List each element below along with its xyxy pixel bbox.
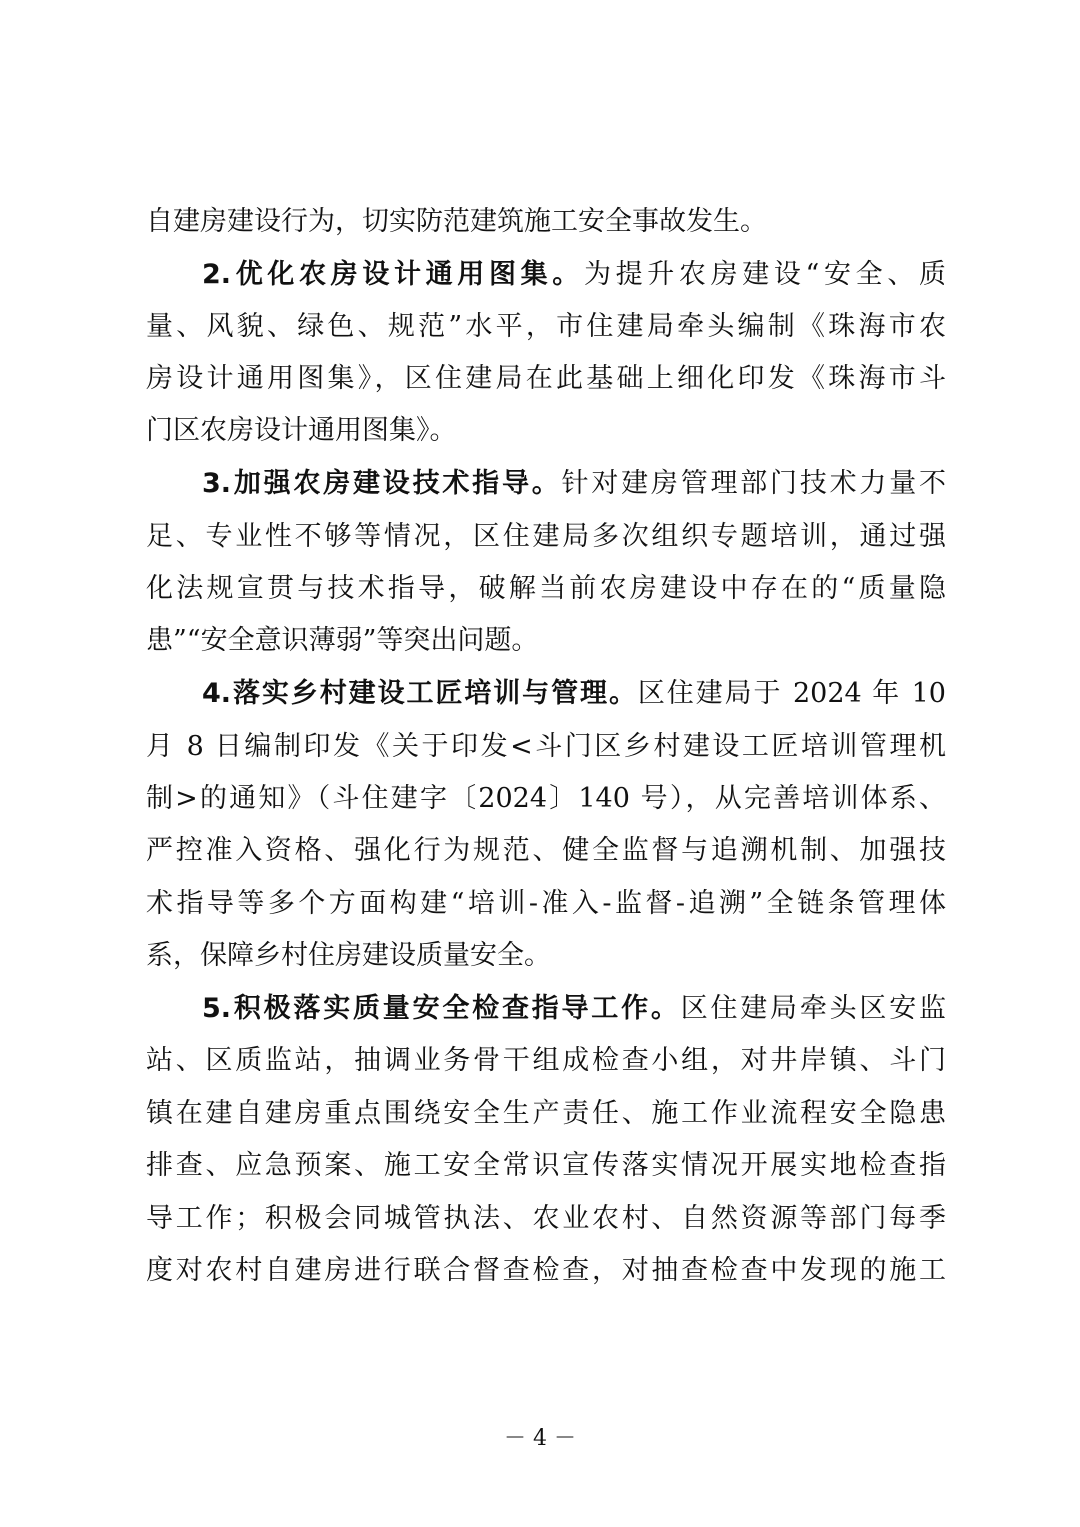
text-line: 制>的通知》（斗住建字〔2024〕140 号），从完善培训体系、 (146, 779, 946, 819)
line-text: 区住建局牵头区安监 (681, 993, 946, 1024)
text-line: 房设计通用图集》，区住建局在此基础上细化印发《珠海市斗 (146, 359, 946, 399)
section-5-title: 5.积极落实质量安全检查指导工作。 (202, 993, 681, 1024)
text-line: 足、专业性不够等情况，区住建局多次组织专题培训，通过强 (146, 517, 946, 557)
line-text: 化法规宣贯与技术指导，破解当前农房建设中存在的“质量隐 (146, 573, 946, 604)
line-text: 制>的通知》（斗住建字〔2024〕140 号），从完善培训体系、 (146, 783, 946, 814)
text-line: 自建房建设行为，切实防范建筑施工安全事故发生。 (146, 202, 946, 242)
line-text: 为提升农房建设“安全、质 (584, 259, 946, 290)
line-text: 针对建房管理部门技术力量不 (562, 468, 946, 499)
line-text: 患”“安全意识薄弱”等突出问题。 (146, 625, 538, 656)
line-text: 站、区质监站，抽调业务骨干组成检查小组，对井岸镇、斗门 (146, 1045, 946, 1076)
line-text: 排查、应急预案、施工安全常识宣传落实情况开展实地检查指 (146, 1150, 946, 1181)
text-line: 导工作；积极会同城管执法、农业农村、自然资源等部门每季 (146, 1199, 946, 1239)
text-line: 术指导等多个方面构建“培训-准入-监督-追溯”全链条管理体 (146, 884, 946, 924)
line-text: 镇在建自建房重点围绕安全生产责任、施工作业流程安全隐患 (146, 1098, 946, 1129)
text-line: 站、区质监站，抽调业务骨干组成检查小组，对井岸镇、斗门 (146, 1041, 946, 1081)
page-number: － 4 － (0, 1424, 1080, 1454)
text-line: 镇在建自建房重点围绕安全生产责任、施工作业流程安全隐患 (146, 1094, 946, 1134)
section-4-title: 4.落实乡村建设工匠培训与管理。 (202, 678, 638, 709)
line-text: 自建房建设行为，切实防范建筑施工安全事故发生。 (146, 206, 767, 237)
section-5-heading-line: 5.积极落实质量安全检查指导工作。区住建局牵头区安监 (146, 989, 946, 1029)
line-text: 量、风貌、绿色、规范”水平，市住建局牵头编制《珠海市农 (146, 311, 946, 342)
line-text: 房设计通用图集》，区住建局在此基础上细化印发《珠海市斗 (146, 363, 946, 394)
section-3-heading-line: 3.加强农房建设技术指导。针对建房管理部门技术力量不 (146, 464, 946, 504)
section-3-title: 3.加强农房建设技术指导。 (202, 468, 562, 499)
line-text: 术指导等多个方面构建“培训-准入-监督-追溯”全链条管理体 (146, 888, 946, 919)
text-line: 排查、应急预案、施工安全常识宣传落实情况开展实地检查指 (146, 1146, 946, 1186)
line-text: 系，保障乡村住房建设质量安全。 (146, 940, 551, 971)
line-text: 区住建局于 2024 年 10 (638, 678, 946, 709)
text-line: 患”“安全意识薄弱”等突出问题。 (146, 621, 946, 661)
text-line: 月 8 日编制印发《关于印发<斗门区乡村建设工匠培训管理机 (146, 727, 946, 767)
line-text: 度对农村自建房进行联合督查检查，对抽查检查中发现的施工 (146, 1255, 946, 1286)
line-text: 严控准入资格、强化行为规范、健全监督与追溯机制、加强技 (146, 835, 946, 866)
document-page: 自建房建设行为，切实防范建筑施工安全事故发生。 2.优化农房设计通用图集。为提升… (0, 0, 1080, 1527)
text-line: 严控准入资格、强化行为规范、健全监督与追溯机制、加强技 (146, 831, 946, 871)
section-2-heading-line: 2.优化农房设计通用图集。为提升农房建设“安全、质 (146, 255, 946, 295)
line-text: 门区农房设计通用图集》。 (146, 415, 457, 446)
section-4-heading-line: 4.落实乡村建设工匠培训与管理。区住建局于 2024 年 10 (146, 674, 946, 714)
text-line: 系，保障乡村住房建设质量安全。 (146, 936, 946, 976)
line-text: 足、专业性不够等情况，区住建局多次组织专题培训，通过强 (146, 521, 946, 552)
text-line: 度对农村自建房进行联合督查检查，对抽查检查中发现的施工 (146, 1251, 946, 1291)
section-2-title: 2.优化农房设计通用图集。 (202, 259, 584, 290)
line-text: 月 8 日编制印发《关于印发<斗门区乡村建设工匠培训管理机 (146, 731, 946, 762)
line-text: 导工作；积极会同城管执法、农业农村、自然资源等部门每季 (146, 1203, 946, 1234)
text-line: 量、风貌、绿色、规范”水平，市住建局牵头编制《珠海市农 (146, 307, 946, 347)
text-line: 化法规宣贯与技术指导，破解当前农房建设中存在的“质量隐 (146, 569, 946, 609)
text-line: 门区农房设计通用图集》。 (146, 411, 946, 451)
